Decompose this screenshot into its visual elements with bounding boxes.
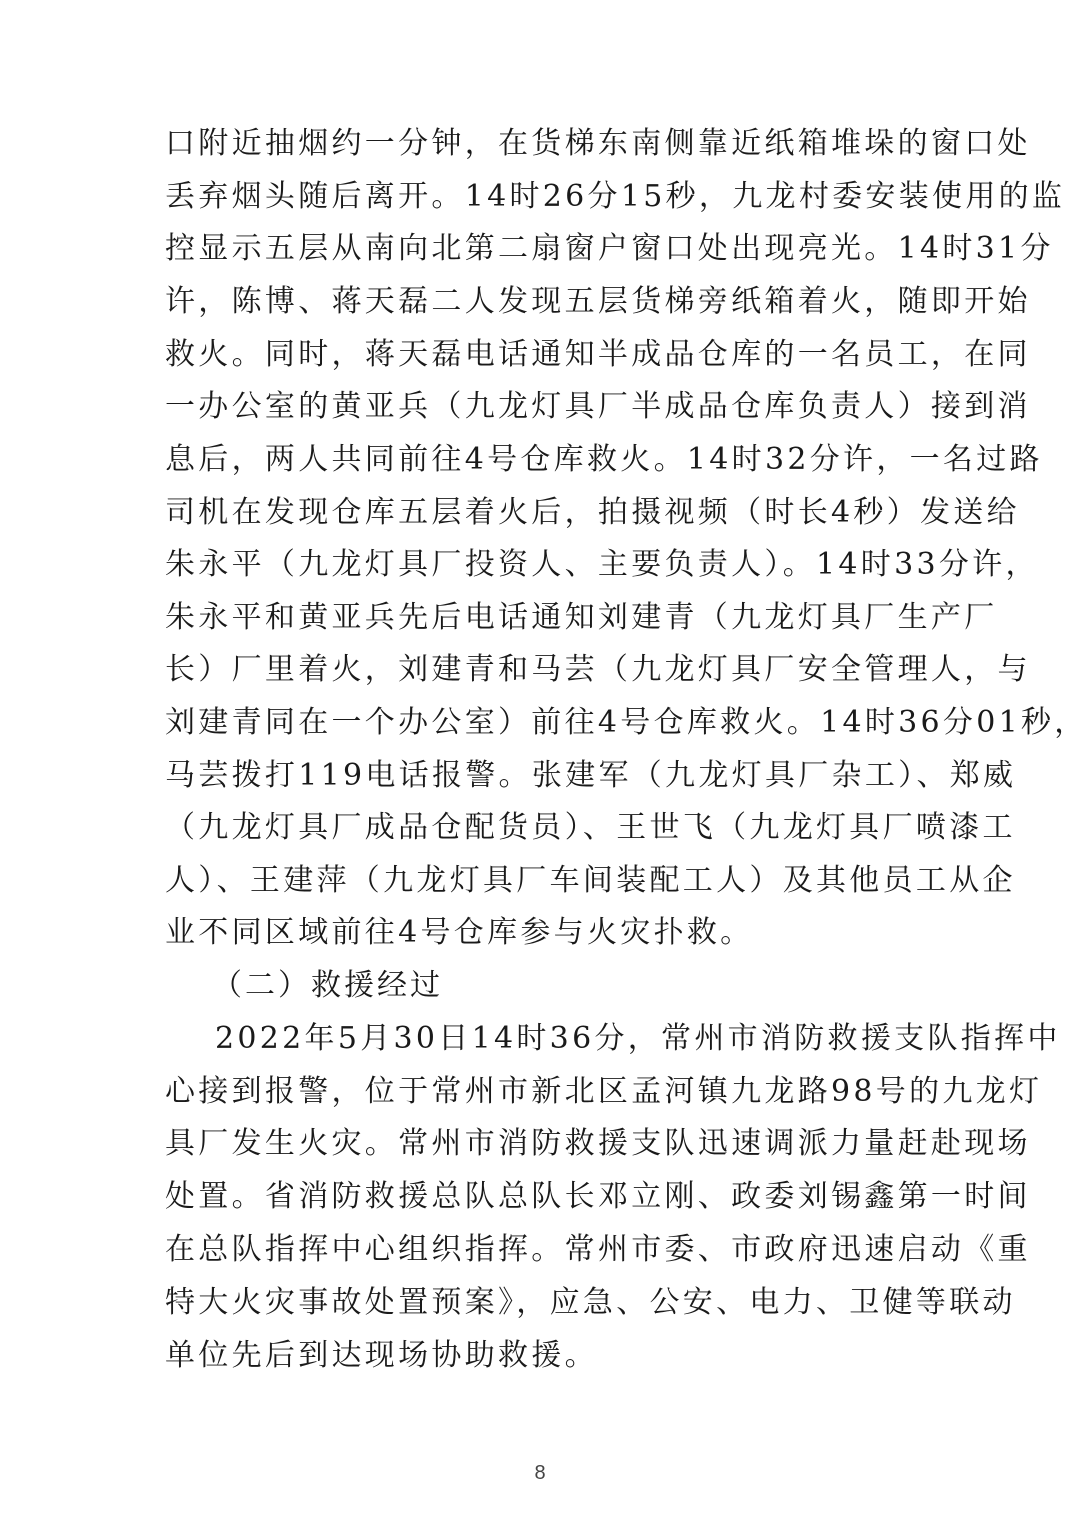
body-line: 2022年5月30日14时36分，常州市消防救援支队指挥中: [215, 1019, 915, 1059]
body-line: 人）、王建萍（九龙灯具厂车间装配工人）及其他员工从企: [165, 861, 915, 901]
body-line: 特大火灾事故处置预案》，应急、公安、电力、卫健等联动: [165, 1283, 915, 1323]
body-line: 一办公室的黄亚兵（九龙灯具厂半成品仓库负责人）接到消: [165, 387, 915, 427]
body-line: 业不同区域前往4号仓库参与火灾扑救。: [165, 913, 915, 953]
document-page: 口附近抽烟约一分钟，在货梯东南侧靠近纸箱堆垛的窗口处 丢弃烟头随后离开。14时2…: [0, 0, 1080, 1527]
body-line: 朱永平和黄亚兵先后电话通知刘建青（九龙灯具厂生产厂: [165, 598, 915, 638]
body-line: 在总队指挥中心组织指挥。常州市委、市政府迅速启动《重: [165, 1230, 915, 1270]
body-line: （九龙灯具厂成品仓配货员）、王世飞（九龙灯具厂喷漆工: [165, 808, 915, 848]
body-line: 单位先后到达现场协助救援。: [165, 1336, 915, 1376]
body-line: 刘建青同在一个办公室）前往4号仓库救火。14时36分01秒，: [165, 703, 915, 743]
page-number: 8: [0, 1462, 1080, 1485]
body-line: 心接到报警，位于常州市新北区孟河镇九龙路98号的九龙灯: [165, 1072, 915, 1112]
body-line: 控显示五层从南向北第二扇窗户窗口处出现亮光。14时31分: [165, 229, 915, 269]
body-line: 许，陈博、蒋天磊二人发现五层货梯旁纸箱着火，随即开始: [165, 282, 915, 322]
body-line: 丢弃烟头随后离开。14时26分15秒，九龙村委安装使用的监: [165, 177, 915, 217]
body-line: 处置。省消防救援总队总队长邓立刚、政委刘锡鑫第一时间: [165, 1177, 915, 1217]
body-line: 息后，两人共同前往4号仓库救火。14时32分许，一名过路: [165, 440, 915, 480]
body-line: 救火。同时，蒋天磊电话通知半成品仓库的一名员工，在同: [165, 335, 915, 375]
body-line: 长）厂里着火，刘建青和马芸（九龙灯具厂安全管理人，与: [165, 650, 915, 690]
body-line: 具厂发生火灾。常州市消防救援支队迅速调派力量赶赴现场: [165, 1124, 915, 1164]
body-line: 马芸拨打119电话报警。张建军（九龙灯具厂杂工）、郑威: [165, 756, 915, 796]
body-line: 司机在发现仓库五层着火后，拍摄视频（时长4秒）发送给: [165, 493, 915, 533]
body-line: 口附近抽烟约一分钟，在货梯东南侧靠近纸箱堆垛的窗口处: [165, 124, 915, 164]
section-heading: （二）救援经过: [212, 966, 443, 1006]
body-line: 朱永平（九龙灯具厂投资人、主要负责人）。14时33分许，: [165, 545, 915, 585]
